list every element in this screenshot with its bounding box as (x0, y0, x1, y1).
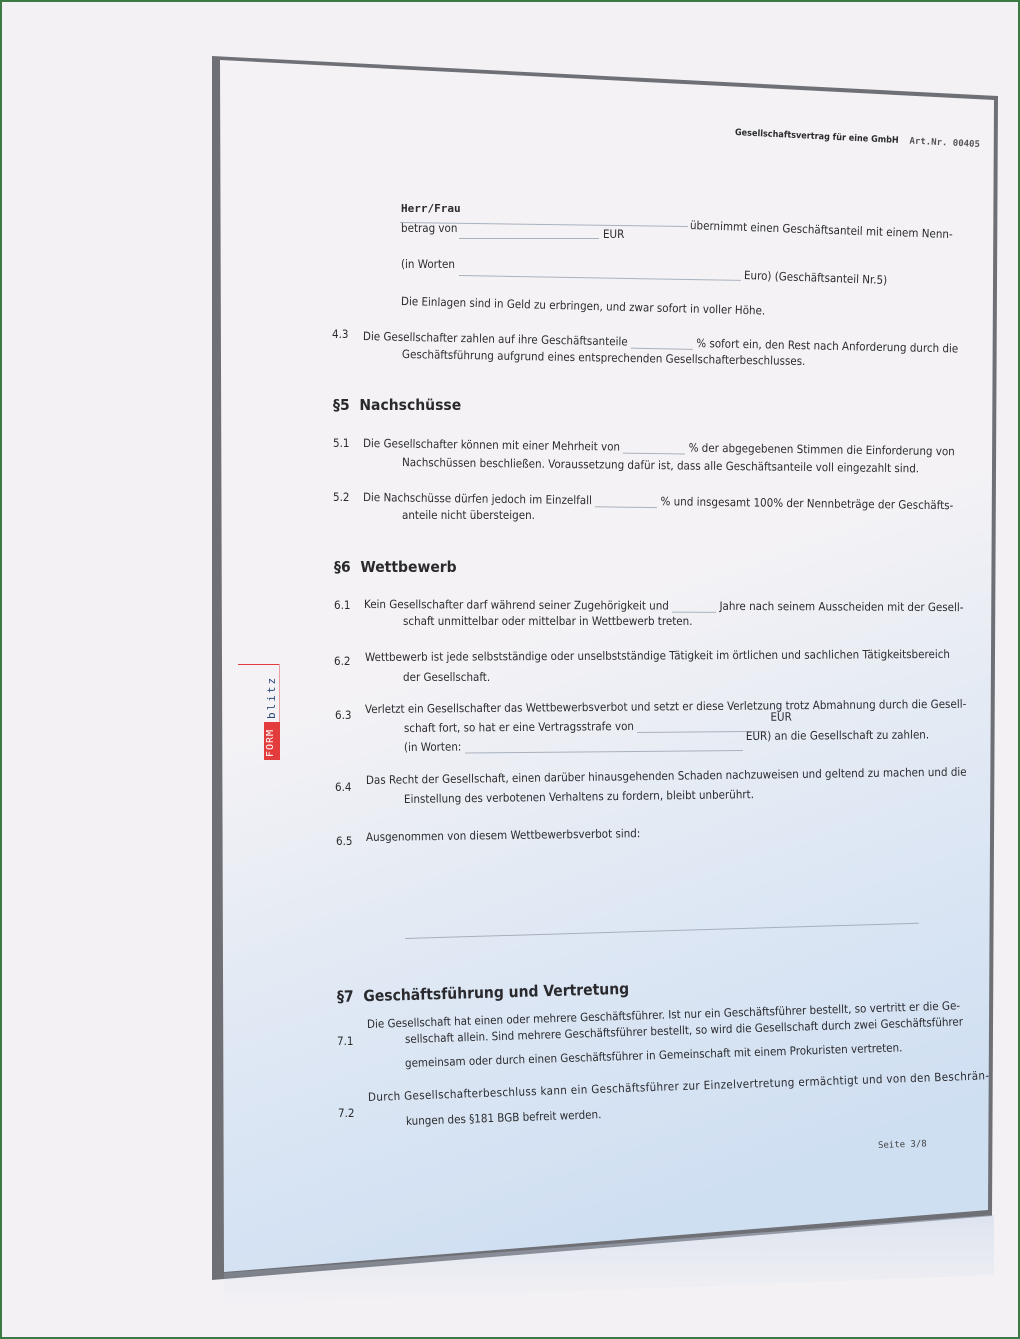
clause-number: 4.3 (332, 327, 348, 341)
clause-number: 6.1 (334, 598, 350, 612)
payment-percent-field[interactable] (631, 336, 693, 350)
amount-in-words-field[interactable] (459, 265, 741, 281)
section-5-heading: §5 Nachschüsse (333, 396, 461, 414)
exceptions-field[interactable] (405, 923, 919, 939)
clause-6-1-line1: Kein Gesellschafter darf während seiner … (364, 597, 964, 614)
clause-text: der Gesellschaft. (403, 670, 490, 684)
section-7-heading: §7 Geschäftsführung und Vertretung (337, 980, 630, 1006)
clause-6-3-line3: (in Worten: EUR) an die Gesellschaft zu … (404, 735, 929, 754)
clause-text: schaft unmittelbar oder mittelbar in Wet… (403, 614, 692, 628)
clause-number: 5.2 (333, 490, 349, 504)
clause-text: anteile nicht übersteigen. (402, 508, 535, 522)
clause-text: Ausgenommen von diesem Wettbewerbsverbot… (366, 826, 640, 844)
formblitz-logo: FORM blitz (264, 664, 280, 760)
clause-number: 6.4 (335, 780, 351, 794)
clause-text: gemeinsam oder durch einen Geschäftsführ… (405, 1040, 903, 1070)
clause-number: 6.5 (336, 834, 352, 848)
clause-text: Wettbewerb ist jede selbstständige oder … (365, 647, 950, 664)
penalty-in-words-field[interactable] (465, 738, 743, 753)
intro-text: Die Einlagen sind in Geld zu erbringen, … (401, 294, 766, 318)
years-field[interactable] (672, 600, 716, 613)
currency-label: EUR (603, 227, 624, 241)
clause-text: kungen des §181 BGB befreit werden. (406, 1107, 602, 1128)
intro-text: (in Worten (401, 257, 455, 271)
clause-number: 7.1 (337, 1034, 353, 1048)
clause-text: Verletzt ein Gesellschafter das Wettbewe… (365, 697, 966, 716)
clause-text: Das Recht der Gesellschaft, einen darübe… (366, 765, 967, 787)
document-header: Gesellschaftsvertrag für eine GmbH Art.N… (735, 128, 980, 150)
intro-text: übernimmt einen Geschäftsanteil mit eine… (690, 218, 953, 241)
clause-number: 6.3 (335, 708, 351, 722)
clause-text: Einstellung des verbotenen Verhaltens zu… (404, 787, 754, 806)
clause-text: Nachschüssen beschließen. Voraussetzung … (402, 455, 919, 475)
document-content: Gesellschaftsvertrag für eine GmbH Art.N… (0, 0, 1020, 1339)
nominal-amount-field[interactable] (459, 228, 599, 239)
intro-text: Euro) (Geschäftsanteil Nr.5) (744, 268, 888, 287)
clause-number: 6.2 (334, 654, 350, 668)
majority-percent-field[interactable] (623, 441, 685, 455)
clause-number: 5.1 (333, 436, 349, 450)
intro-text: betrag von (401, 221, 457, 235)
logo-blitz-text: blitz (265, 676, 278, 719)
header-title: Gesellschaftsvertrag für eine GmbH (735, 128, 899, 146)
logo-form-text: FORM (265, 729, 276, 757)
clause-number: 7.2 (338, 1106, 354, 1120)
single-case-percent-field[interactable] (595, 494, 657, 508)
article-number: Art.Nr. 00405 (909, 137, 980, 150)
section-6-heading: §6 Wettbewerb (334, 558, 457, 576)
page-number: Seite 3/8 (878, 1139, 927, 1151)
clause-6-3-line2: schaft fort, so hat er eine Vertragsstra… (404, 718, 792, 735)
clause-text: Durch Gesellschafterbeschluss kann ein G… (368, 1068, 990, 1104)
